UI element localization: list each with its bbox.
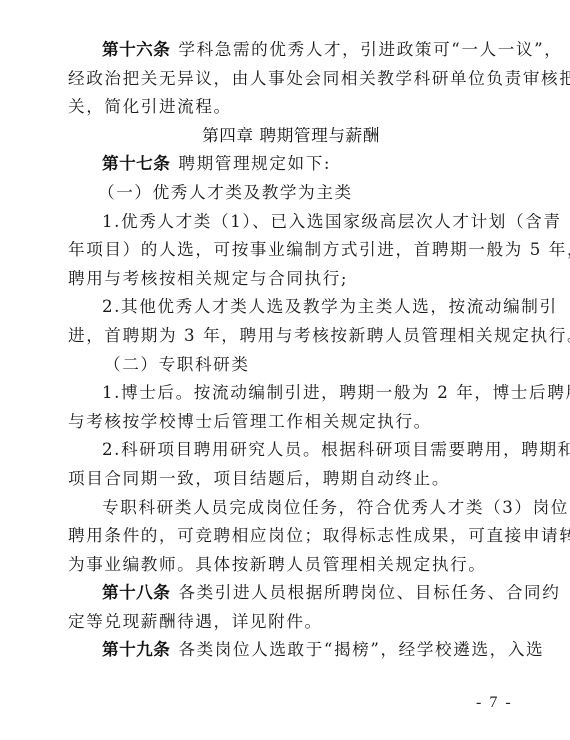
section-2-item-1-line-1: 1.博士后。按流动编制引进，聘期一般为 2 年，博士后聘用 bbox=[68, 379, 514, 408]
article-16-text-1: 学科急需的优秀人才，引进政策可“一人一议”， bbox=[178, 40, 562, 59]
section-2-item-2-line-2: 项目合同期一致，项目结题后，聘期自动终止。 bbox=[68, 465, 514, 494]
section-2-heading: （二）专职科研类 bbox=[68, 351, 514, 380]
article-16-number: 第十六条 bbox=[102, 40, 170, 59]
article-17-line-1: 第十七条聘期管理规定如下: bbox=[68, 150, 514, 179]
section-1-item-1-line-1: 1.优秀人才类（1）、已入选国家级高层次人才计划（含青 bbox=[68, 208, 514, 237]
article-17-text-1: 聘期管理规定如下: bbox=[178, 154, 331, 173]
article-18-line-1: 第十八条各类引进人员根据所聘岗位、目标任务、合同约 bbox=[68, 579, 514, 608]
article-18-text-1: 各类引进人员根据所聘岗位、目标任务、合同约 bbox=[178, 583, 560, 602]
section-2-note-line-3: 为事业编教师。具体按新聘人员管理相关规定执行。 bbox=[68, 551, 514, 580]
article-18-line-2: 定等兑现薪酬待遇，详见附件。 bbox=[68, 608, 514, 637]
section-1-item-1-line-2: 年项目）的人选，可按事业编制方式引进，首聘期一般为 5 年， bbox=[68, 236, 514, 265]
section-1-item-2-line-2: 进，首聘期为 3 年，聘用与考核按新聘人员管理相关规定执行。 bbox=[68, 322, 514, 351]
article-18-number: 第十八条 bbox=[102, 583, 170, 602]
article-17-number: 第十七条 bbox=[102, 154, 170, 173]
section-1-heading: （一）优秀人才类及教学为主类 bbox=[68, 179, 514, 208]
section-1-item-2-line-1: 2.其他优秀人才类人选及教学为主类人选，按流动编制引 bbox=[68, 293, 514, 322]
section-2-item-2-line-1: 2.科研项目聘用研究人员。根据科研项目需要聘用，聘期和 bbox=[68, 436, 514, 465]
section-2-note-line-2: 聘用条件的，可竞聘相应岗位；取得标志性成果，可直接申请转 bbox=[68, 522, 514, 551]
chapter-4-heading: 第四章 聘期管理与薪酬 bbox=[68, 122, 514, 151]
article-19-text-1: 各类岗位人选敢于“揭榜”，经学校遴选，入选 bbox=[178, 640, 544, 659]
article-16-line-3: 关，简化引进流程。 bbox=[68, 93, 514, 122]
article-16-line-1: 第十六条学科急需的优秀人才，引进政策可“一人一议”， bbox=[68, 36, 548, 65]
section-2-note-line-1: 专职科研类人员完成岗位任务，符合优秀人才类（3）岗位 bbox=[68, 494, 514, 523]
section-1-item-1-line-3: 聘用与考核按相关规定与合同执行; bbox=[68, 265, 514, 294]
article-19-number: 第十九条 bbox=[102, 640, 170, 659]
article-16-line-2: 经政治把关无异议，由人事处会同相关教学科研单位负责审核把 bbox=[68, 65, 514, 94]
article-19-line-1: 第十九条各类岗位人选敢于“揭榜”，经学校遴选，入选 bbox=[68, 636, 514, 665]
page-number: - 7 - bbox=[476, 694, 513, 712]
section-2-item-1-line-2: 与考核按学校博士后管理工作相关规定执行。 bbox=[68, 408, 514, 437]
document-page: 第十六条学科急需的优秀人才，引进政策可“一人一议”， 经政治把关无异议，由人事处… bbox=[68, 36, 514, 665]
